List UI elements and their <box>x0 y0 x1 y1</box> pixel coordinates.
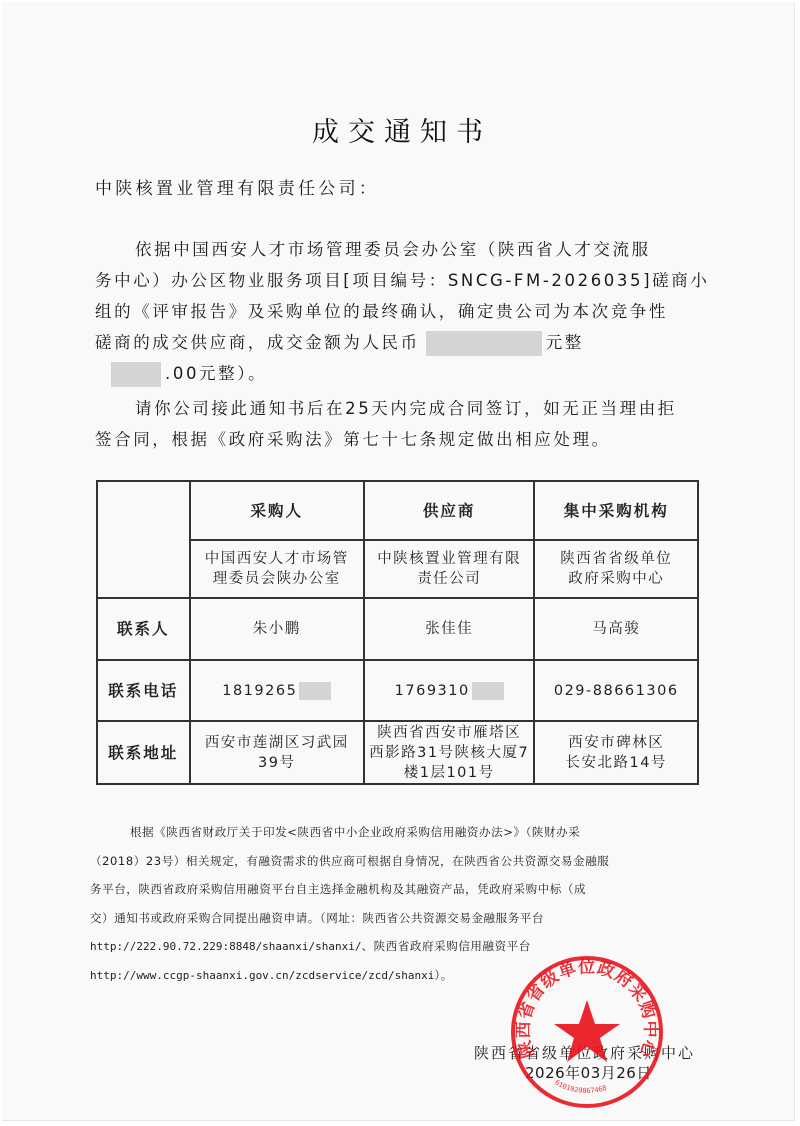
notice-line: http://www.ccgp-shaanxi.gov.cn/zcdservic… <box>90 961 710 990</box>
table-row-address: 联系地址 西安市莲湖区习武园 39号 陕西省西安市雁塔区 西影路31号陕核大厦7… <box>97 721 698 784</box>
redacted-amount <box>426 331 542 356</box>
contract-paragraph: 请你公司接此通知书后在25天内完成合同签订，如无正当理由拒 签合同，根据《政府采… <box>95 393 707 455</box>
paragraph-line: 签合同，根据《政府采购法》第七十七条规定做出相应处理。 <box>95 424 707 455</box>
amount-prefix: 磋商的成交供应商，成交金额为人民币 <box>95 333 420 352</box>
redacted-phone <box>472 682 504 700</box>
header-supplier: 供应商 <box>364 481 534 540</box>
contact-table: 采购人 供应商 集中采购机构 中国西安人才市场管 理委员会陕办公室 中陕核置业管… <box>96 480 699 785</box>
notice-line: http://222.90.72.229:8848/shaanxi/shanxi… <box>90 932 710 961</box>
paragraph-line: 请你公司接此通知书后在25天内完成合同签订，如无正当理由拒 <box>95 393 707 424</box>
purchaser-address: 西安市莲湖区习武园 39号 <box>190 721 364 784</box>
redacted-amount-numeric <box>111 362 161 387</box>
table-corner-cell <box>97 481 190 598</box>
cell-line: 楼1层101号 <box>369 763 529 783</box>
supplier-name: 中陕核置业管理有限 责任公司 <box>364 540 534 598</box>
supplier-phone: 1769310 <box>364 660 534 721</box>
agency-contact: 马高骏 <box>534 598 698 660</box>
notice-line: 务平台，陕西省政府采购信用融资平台自主选择金融机构及其融资产品，凭政府采购中标（… <box>90 875 710 904</box>
phone-visible: 1819265 <box>222 683 297 699</box>
salutation: 中陕核置业管理有限责任公司： <box>95 174 379 199</box>
paragraph-line: .00元整）。 <box>95 358 707 389</box>
amount-suffix: 元整 <box>546 333 584 352</box>
paragraph-line: 依据中国西安人才市场管理委员会办公室（陕西省人才交流服 <box>95 234 707 265</box>
cell-line: 中陕核置业管理有限 <box>369 549 529 569</box>
amount-numeric-suffix: .00元整）。 <box>165 364 267 383</box>
document-title: 成交通知书 <box>2 110 800 149</box>
agency-address: 西安市碑林区 长安北路14号 <box>534 721 698 784</box>
header-agency: 集中采购机构 <box>534 481 698 540</box>
cell-line: 长安北路14号 <box>539 753 693 773</box>
purchaser-phone: 1819265 <box>190 660 364 721</box>
header-purchaser: 采购人 <box>190 481 364 540</box>
redacted-phone <box>299 682 331 700</box>
table-header-row: 采购人 供应商 集中采购机构 <box>97 481 698 540</box>
paragraph-line: 磋商的成交供应商，成交金额为人民币元整 <box>95 327 707 358</box>
cell-line: 政府采购中心 <box>539 569 693 589</box>
cell-line: 陕西省西安市雁塔区 <box>369 723 529 743</box>
agency-name: 陕西省省级单位 政府采购中心 <box>534 540 698 598</box>
supplier-address: 陕西省西安市雁塔区 西影路31号陕核大厦7 楼1层101号 <box>364 721 534 784</box>
paragraph-line: 组的《评审报告》及采购单位的最终确认，确定贵公司为本次竞争性 <box>95 296 707 327</box>
signature-organization: 陕西省省级单位政府采购中心 <box>474 1042 695 1063</box>
financing-notice: 根据《陕西省财政厅关于印发<陕西省中小企业政府采购信用融资办法>》（陕财办采 （… <box>90 818 710 989</box>
supplier-contact: 张佳佳 <box>364 598 534 660</box>
table-row-contact: 联系人 朱小鹏 张佳佳 马高骏 <box>97 598 698 660</box>
row-label-address: 联系地址 <box>97 721 190 784</box>
paragraph-line: 务中心）办公区物业服务项目[项目编号：SNCG-FM-2026035]磋商小 <box>95 265 707 296</box>
award-paragraph: 依据中国西安人才市场管理委员会办公室（陕西省人才交流服 务中心）办公区物业服务项… <box>95 234 707 389</box>
notice-text: ）。 <box>434 968 452 982</box>
cell-line: 陕西省省级单位 <box>539 549 693 569</box>
phone-visible: 1769310 <box>395 683 470 699</box>
row-label-contact: 联系人 <box>97 598 190 660</box>
row-label-phone: 联系电话 <box>97 660 190 721</box>
cell-line: 理委员会陕办公室 <box>195 569 359 589</box>
cell-line: 责任公司 <box>369 569 529 589</box>
notice-text: 、陕西省政府采购信用融资平台 <box>362 939 531 953</box>
notice-line: （2018）23号）相关规定，有融资需求的供应商可根据自身情况，在陕西省公共资源… <box>90 847 710 876</box>
cell-line: 西安市碑林区 <box>539 733 693 753</box>
notice-line: 交）通知书或政府采购合同提出融资申请。（网址：陕西省公共资源交易金融服务平台 <box>90 904 710 933</box>
financing-platform-url[interactable]: http://222.90.72.229:8848/shaanxi/shanxi… <box>90 940 362 953</box>
cell-line: 中国西安人才市场管 <box>195 549 359 569</box>
signature-date: 2026年03月26日 <box>525 1062 652 1083</box>
cell-line: 西安市莲湖区习武园 <box>195 733 359 753</box>
cell-line: 39号 <box>195 753 359 773</box>
cell-line: 西影路31号陕核大厦7 <box>369 743 529 763</box>
document-page: 成交通知书 中陕核置业管理有限责任公司： 依据中国西安人才市场管理委员会办公室（… <box>2 2 795 1121</box>
table-row-phone: 联系电话 1819265 1769310 029-88661306 <box>97 660 698 721</box>
credit-platform-url[interactable]: http://www.ccgp-shaanxi.gov.cn/zcdservic… <box>90 969 434 982</box>
purchaser-name: 中国西安人才市场管 理委员会陕办公室 <box>190 540 364 598</box>
agency-phone: 029-88661306 <box>534 660 698 721</box>
purchaser-contact: 朱小鹏 <box>190 598 364 660</box>
notice-line: 根据《陕西省财政厅关于印发<陕西省中小企业政府采购信用融资办法>》（陕财办采 <box>90 818 710 847</box>
